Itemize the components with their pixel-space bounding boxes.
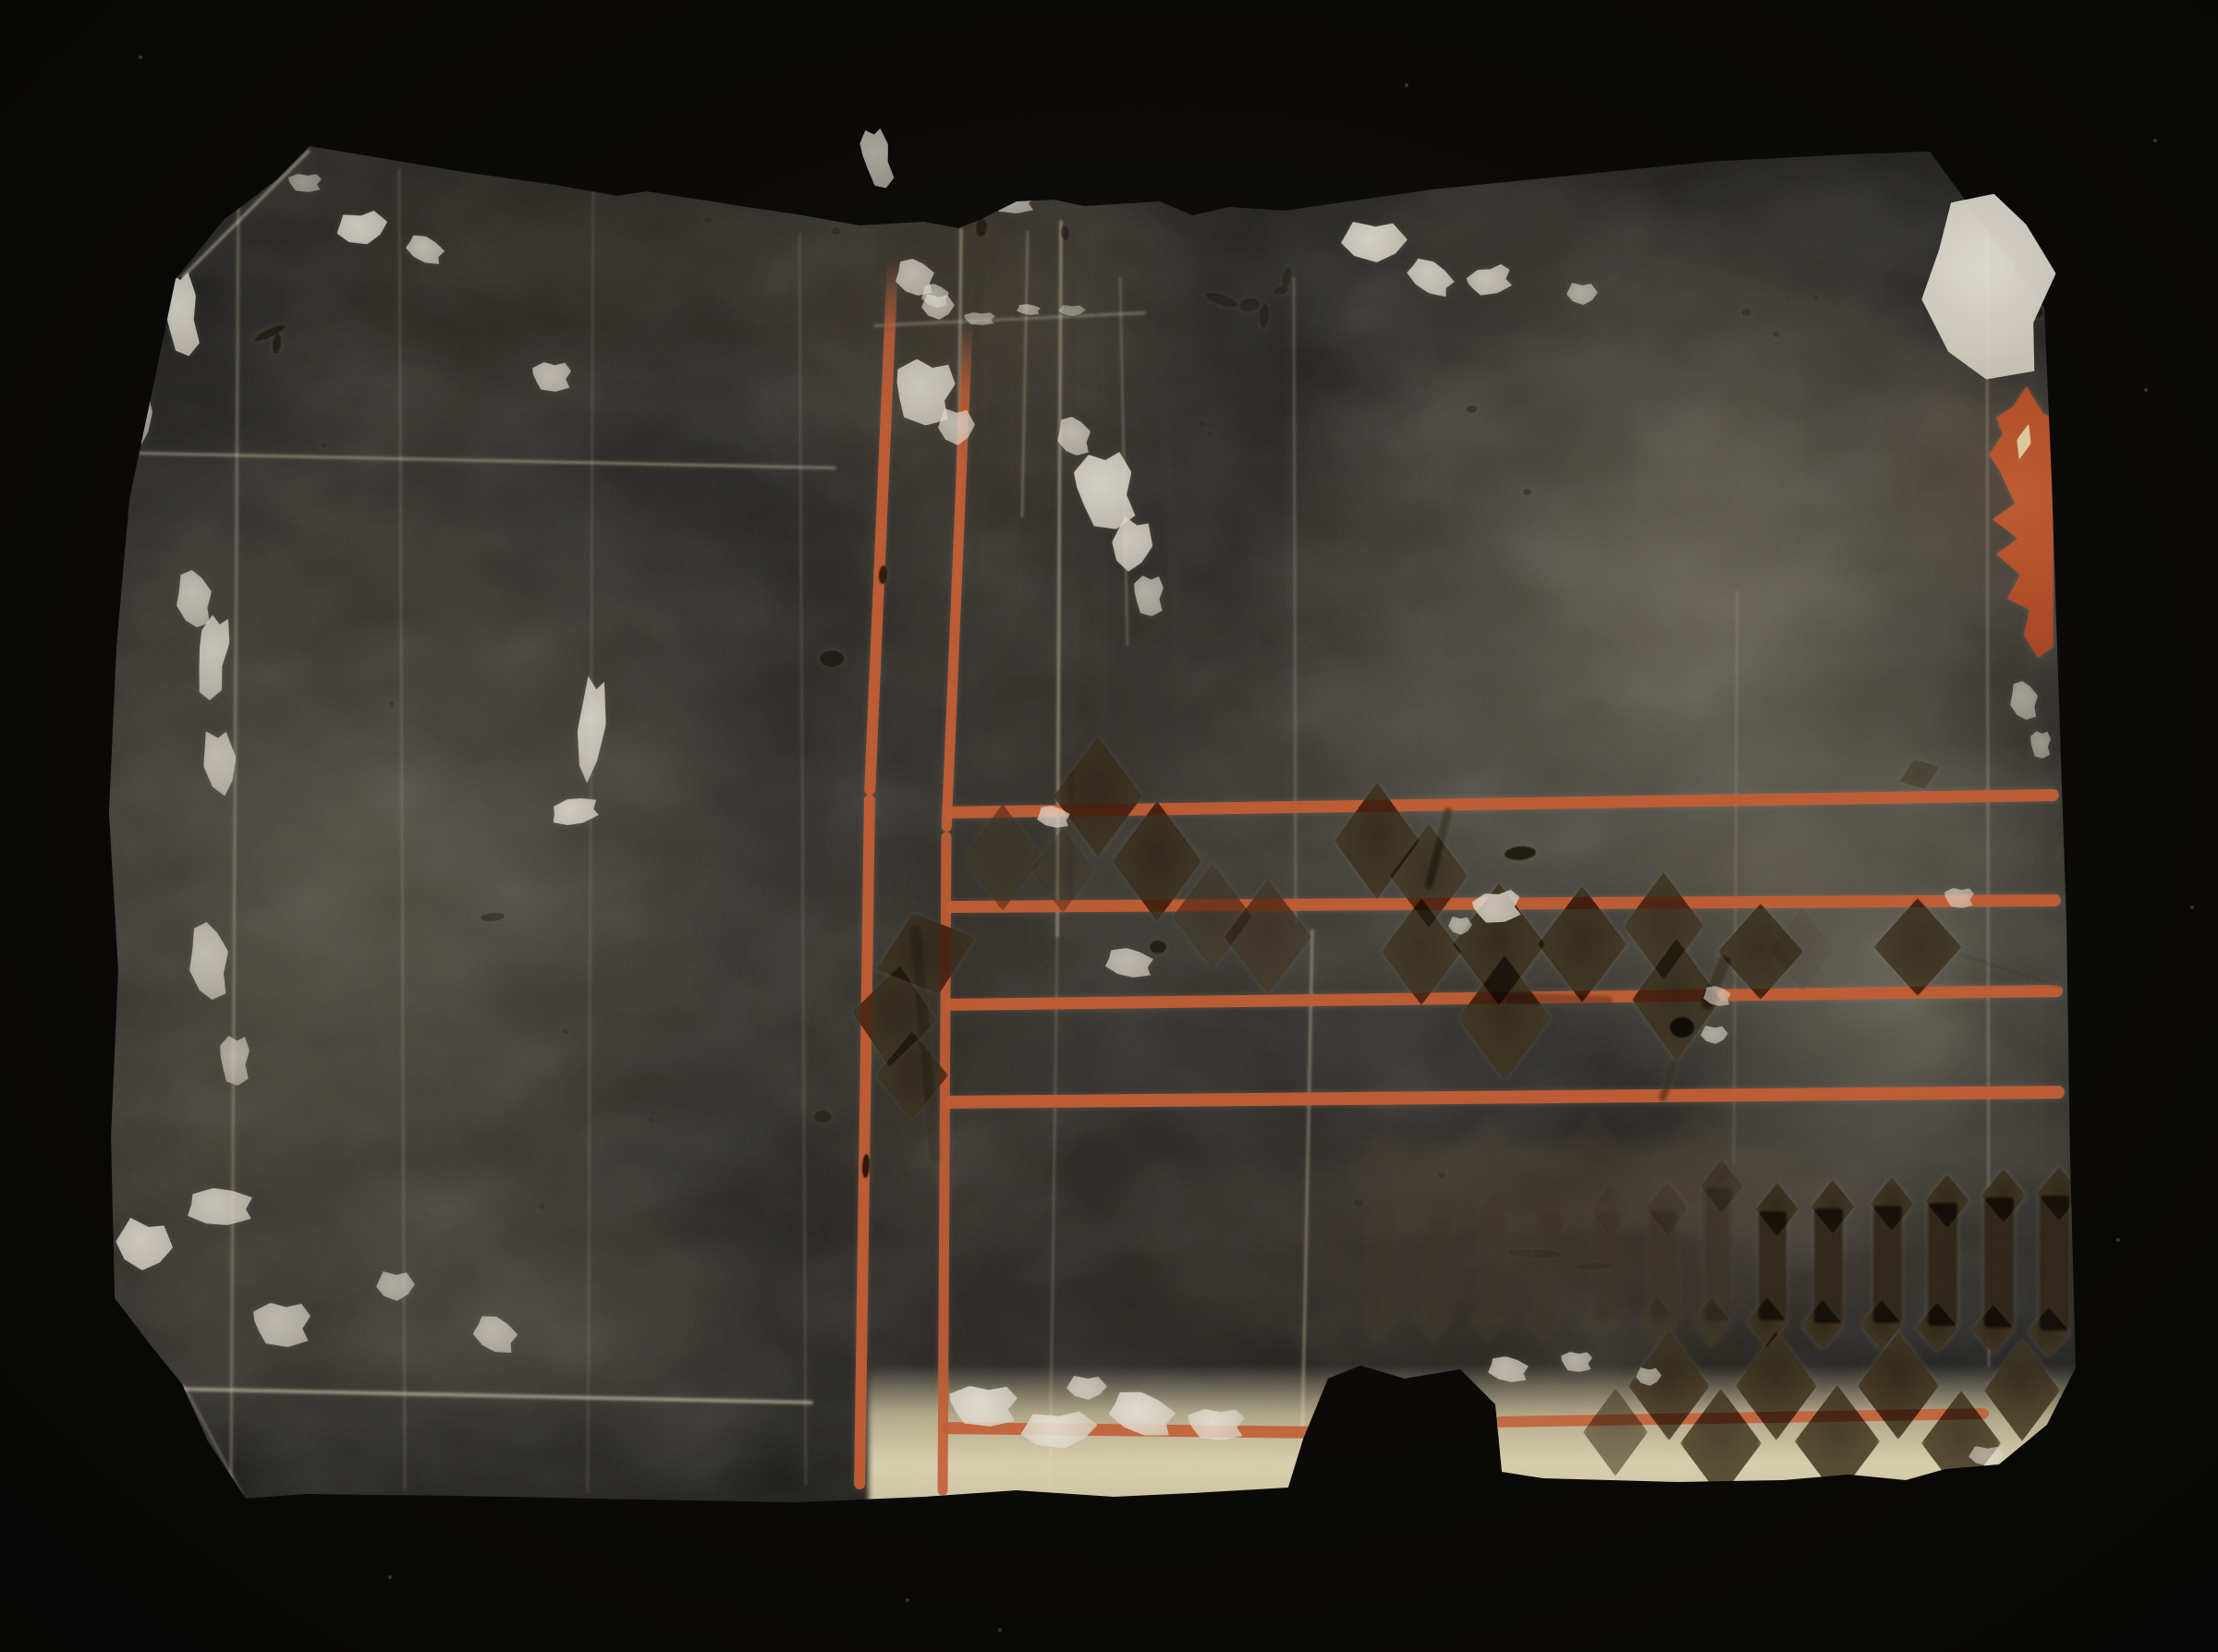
white-flake-patch — [1912, 186, 2066, 387]
white-flake-overhang-layer — [0, 0, 2218, 1652]
white-flake-patch — [857, 127, 896, 192]
photograph-black-backdrop — [0, 0, 2218, 1652]
